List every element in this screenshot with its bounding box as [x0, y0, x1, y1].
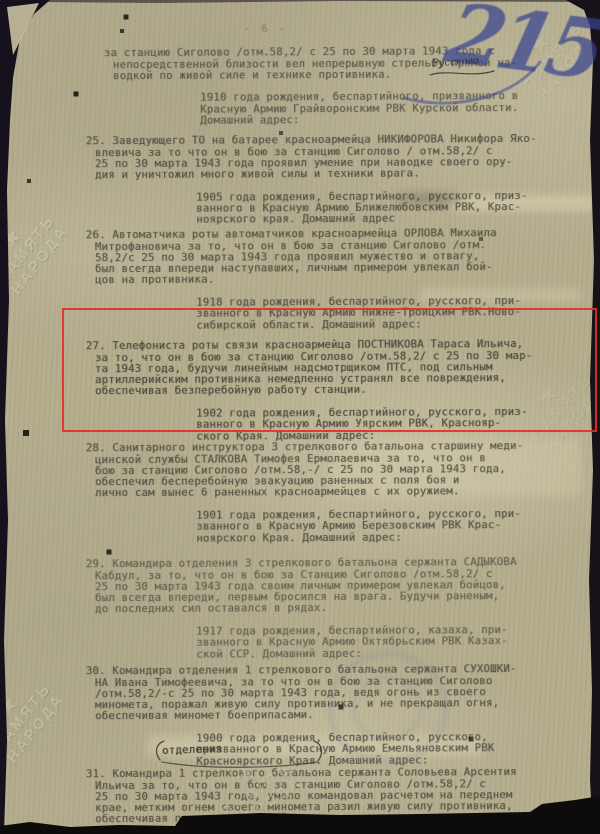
insertion-marks	[148, 738, 328, 772]
scanned-document-page: ★ ПАМЯТЬ НАРОДА ★ ПАМЯТЬ НАРОДА ★ ПАМЯТЬ…	[0, 0, 600, 834]
paragraph-text: 29. Командира отделения 3 стрелкового ба…	[86, 557, 578, 616]
paragraph-text: 28. Санитарного инструктора 3 стрелковог…	[86, 441, 578, 500]
pamyat-naroda-watermark: ★ ПАМЯТЬ НАРОДА	[0, 200, 72, 299]
scan-edge-left	[0, 0, 60, 834]
page-number: - 6 -	[244, 22, 287, 35]
paragraph-bio: 1901 года рождения, беспартийного, русск…	[196, 509, 578, 545]
paragraph-28: 28. Санитарного инструктора 3 стрелковог…	[86, 430, 579, 557]
correction-underline	[428, 66, 498, 80]
red-highlight-box	[62, 308, 597, 432]
pamyat-naroda-watermark: ★ ПАМЯТЬ НАРОДА	[0, 668, 68, 767]
paragraph-text: 26. Автоматчика роты автоматчиков красно…	[86, 228, 578, 287]
faint-round-stamp-inner	[352, 676, 422, 740]
ink-specks	[0, 0, 2, 2]
paragraph-text: 25. Заведующего ТО на батарее красноарме…	[86, 134, 578, 182]
